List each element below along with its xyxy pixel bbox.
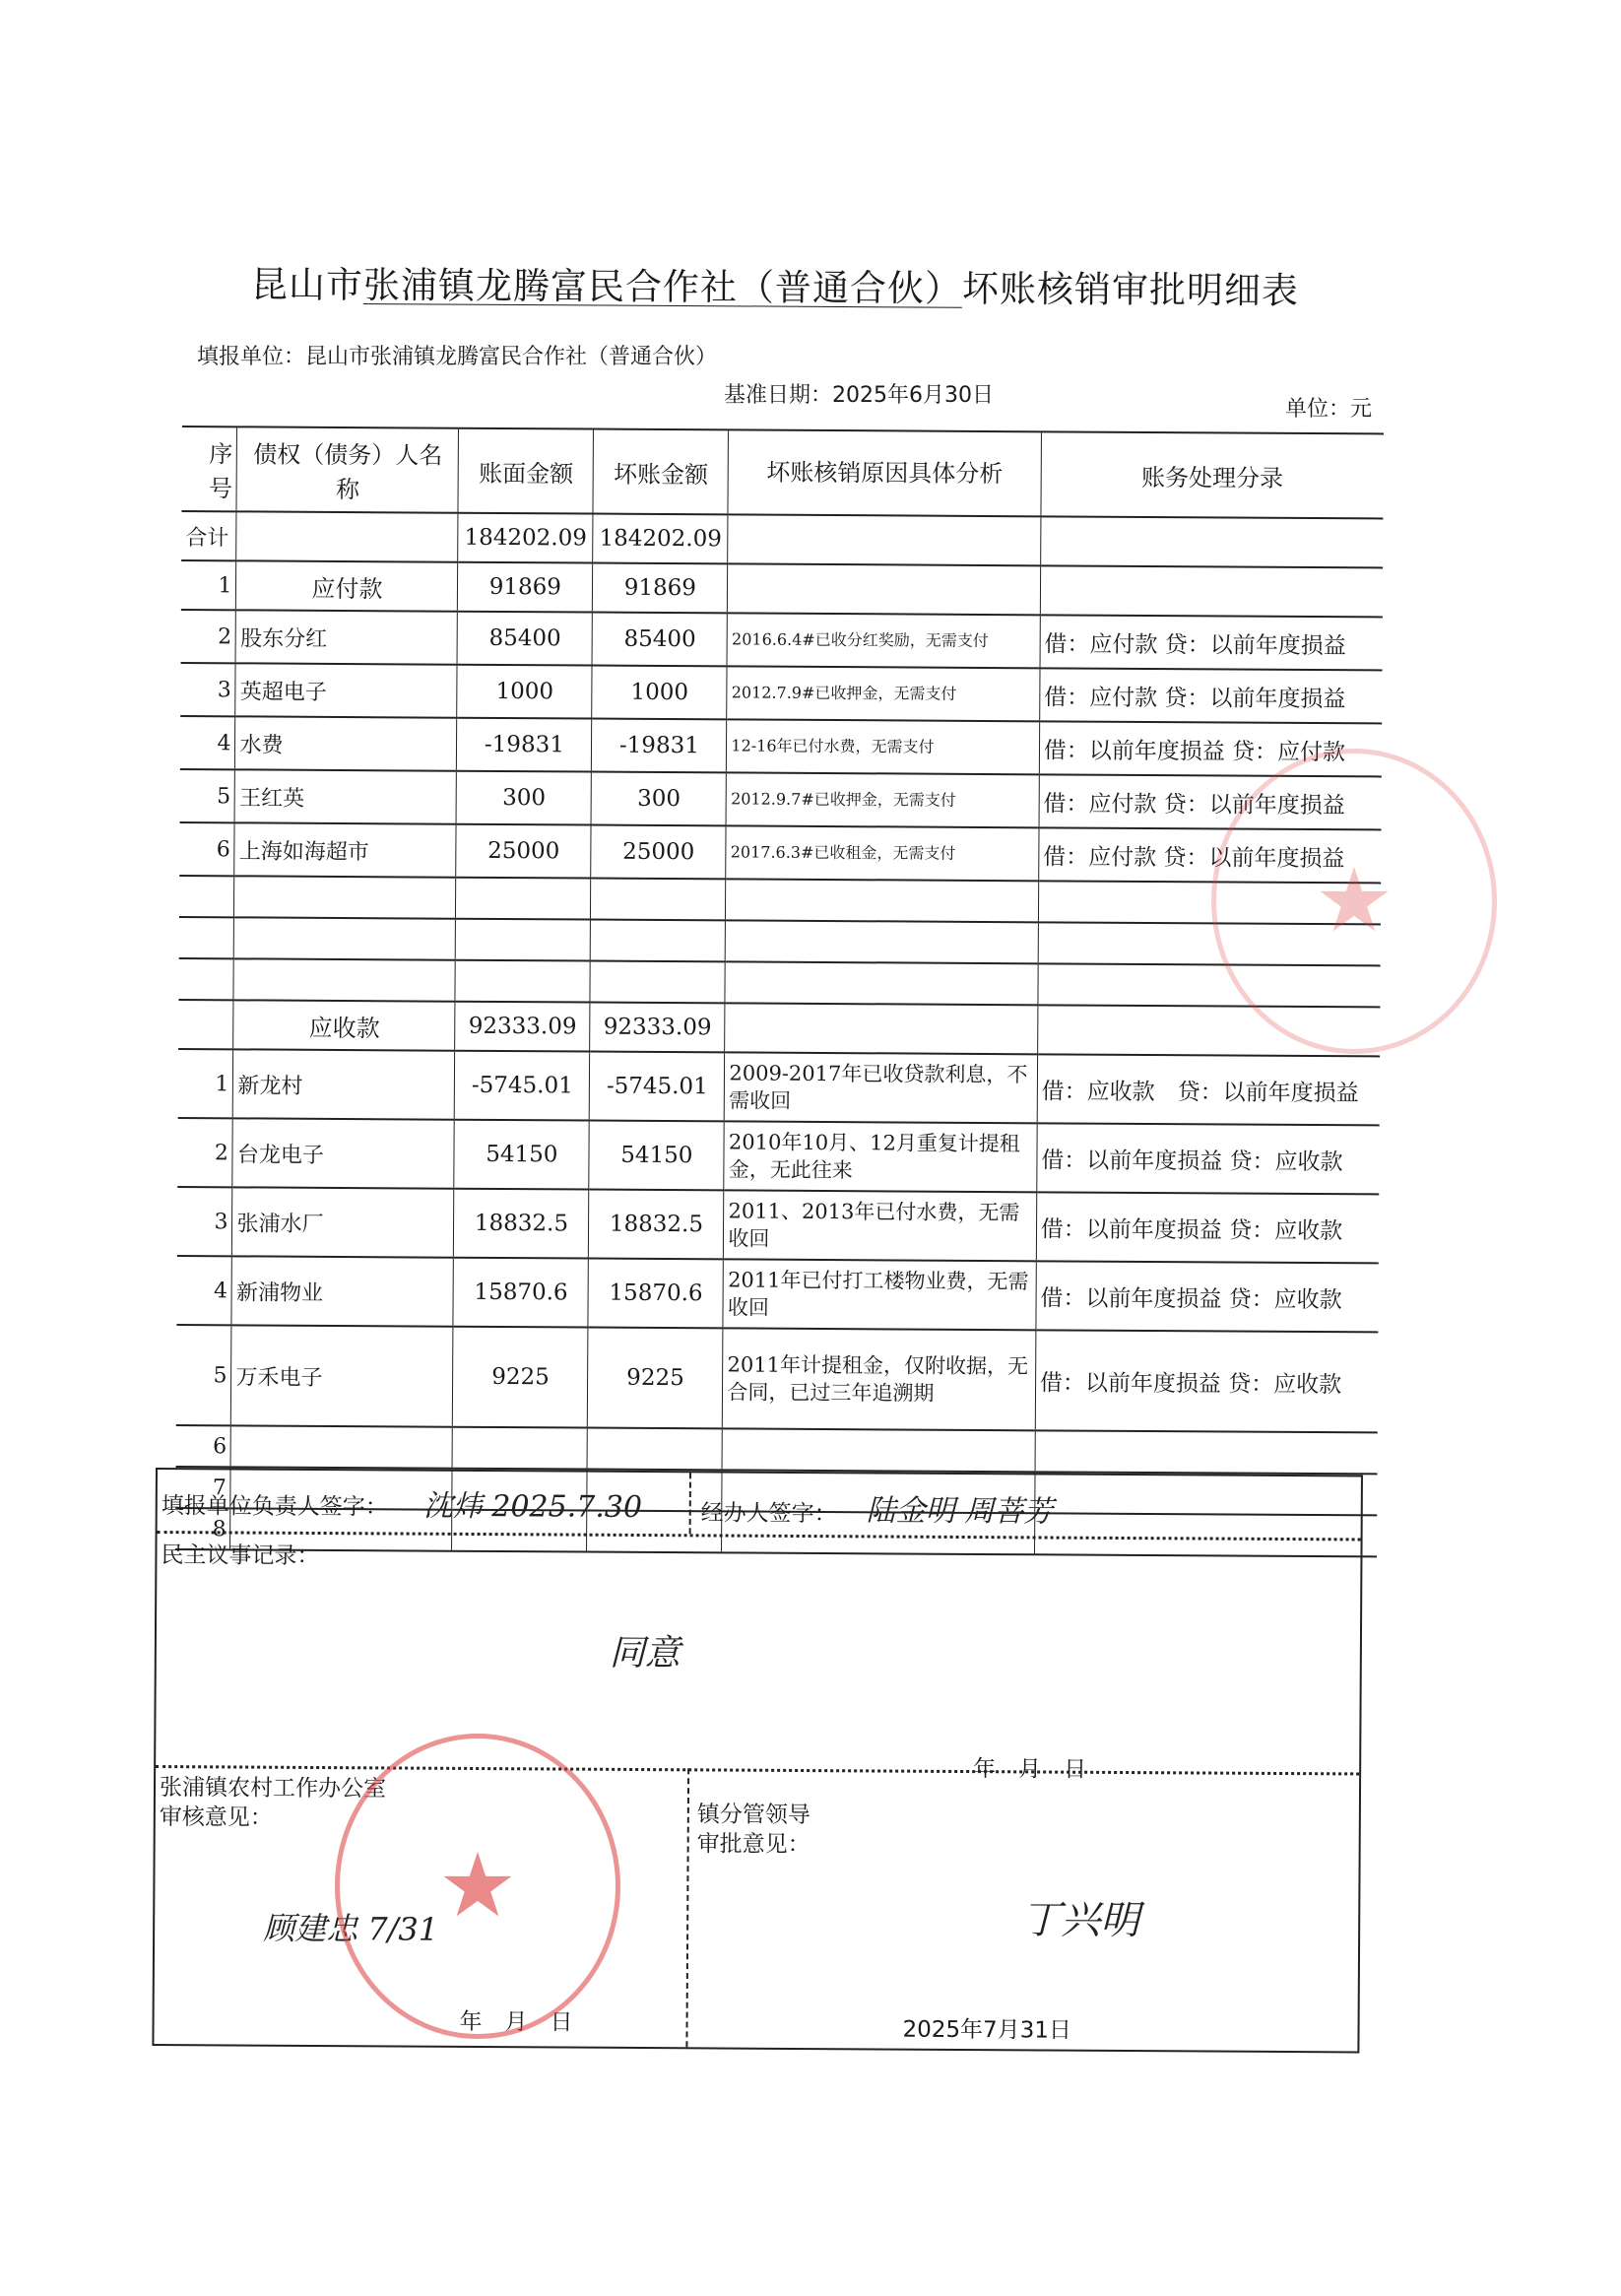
cell-name: 英超电子: [235, 663, 457, 717]
payables-reason: [728, 563, 1041, 615]
cell-book: 15870.6: [453, 1258, 588, 1328]
cell-bad: 85400: [592, 613, 727, 667]
cell-no: 2: [177, 1118, 232, 1187]
cell-reason: 2012.7.9#已收押金，无需支付: [727, 666, 1040, 721]
cell-no: 4: [176, 1256, 231, 1325]
cell-empty: [178, 1000, 233, 1049]
cell-no: 2: [181, 610, 236, 663]
cell-bad: 1000: [592, 666, 727, 720]
cell-entry: 借：应付款 贷：以前年度损益: [1039, 668, 1382, 723]
leader-label: 镇分管领导: [697, 1796, 810, 1829]
total-book: 184202.09: [458, 513, 593, 563]
payables-entry: [1040, 565, 1383, 617]
total-bad: 184202.09: [593, 514, 728, 564]
cell-book: 54150: [454, 1120, 589, 1190]
cell-book: 1000: [457, 665, 592, 719]
cell-book: 9225: [453, 1327, 589, 1428]
cell-name: 张浦水厂: [232, 1187, 454, 1257]
cell-book: -19831: [457, 718, 592, 772]
receivables-bad: 92333.09: [590, 1003, 725, 1053]
title-org: 张浦镇龙腾富民合作社（普通合伙）: [363, 264, 962, 310]
cell-bad: [587, 1428, 722, 1471]
cell-reason: 2011年计提租金，仅附收据，无合同，已过三年追溯期: [723, 1328, 1036, 1430]
coop-stamp: ★: [1211, 749, 1497, 1054]
cell-reason: 2011年已付打工楼物业费，无需收回: [723, 1259, 1036, 1330]
cell-reason: 12-16年已付水费，无需支付: [727, 719, 1040, 774]
cell-entry: [1035, 1430, 1378, 1474]
base-date: 基准日期：2025年6月30日: [724, 378, 994, 409]
cell-name: 万禾电子: [231, 1325, 454, 1426]
handler-label: 经办人签字：: [701, 1494, 837, 1528]
cell-name: 新浦物业: [231, 1256, 453, 1326]
receivables-label: 应收款: [233, 1000, 455, 1050]
cell-reason: [722, 1428, 1035, 1472]
cell-no: 4: [180, 716, 235, 769]
cell-name: 台龙电子: [232, 1118, 454, 1188]
democracy-date: 年 月 日: [973, 1750, 1086, 1784]
handler-signature: 陆金明 周菩芳: [867, 1485, 1054, 1530]
cell-bad: -5745.01: [590, 1052, 725, 1122]
empty-row: [179, 876, 1381, 924]
cell-entry: 借：应收款 贷：以前年度损益: [1037, 1054, 1380, 1125]
payables-book: 91869: [458, 562, 593, 613]
cell-bad: 18832.5: [589, 1190, 724, 1260]
title-suffix: 坏账核销审批明细表: [962, 268, 1299, 312]
table-row: 3英超电子100010002012.7.9#已收押金，无需支付借：应付款 贷：以…: [180, 663, 1382, 723]
table-row: 6: [176, 1425, 1378, 1474]
table-row: 1新龙村-5745.01-5745.012009-2017年已收贷款利息，不需收…: [178, 1049, 1380, 1125]
table-row: 6上海如海超市25000250002017.6.3#已收租金，无需支付借：应付款…: [179, 822, 1381, 883]
total-reason: [728, 514, 1041, 565]
cell-bad: 300: [591, 772, 726, 826]
cell-book: 18832.5: [454, 1189, 589, 1259]
header-entry: 账务处理分录: [1041, 431, 1384, 518]
star-icon: ★: [438, 1842, 518, 1931]
cell-name: 新龙村: [233, 1049, 455, 1119]
star-icon: ★: [1315, 857, 1394, 946]
cell-entry: 借：以前年度损益 贷：应收款: [1037, 1123, 1380, 1194]
cell-reason: 2012.9.7#已收押金，无需支付: [726, 772, 1039, 827]
cell-book: 25000: [456, 824, 591, 879]
cell-book: 85400: [457, 612, 592, 666]
total-label: 合计: [181, 511, 236, 560]
office-stamp: ★: [335, 1734, 620, 2039]
signature-section: 填报单位负责人签字： 沈炜 2025.7.30 经办人签字： 陆金明 周菩芳 民…: [152, 1468, 1363, 2053]
cell-no: 1: [178, 1049, 233, 1118]
unit-head-signature: 沈炜 2025.7.30: [423, 1481, 642, 1526]
cell-name: 股东分红: [235, 610, 457, 664]
cell-bad: 54150: [589, 1121, 724, 1191]
header-row: 序号 债权（债务）人名 称 账面金额 坏账金额 坏账核销原因具体分析 账务处理分…: [181, 426, 1384, 518]
leader-signature: 丁兴明: [1021, 1888, 1139, 1945]
office-opinion-label: 审核意见：: [160, 1799, 273, 1832]
table-row: 2台龙电子54150541502010年10月、12月重复计提租金，无此往来借：…: [177, 1118, 1379, 1194]
leader-opinion-label: 审批意见：: [697, 1825, 810, 1859]
cell-no: 6: [176, 1425, 231, 1467]
title-prefix: 昆山市: [251, 263, 363, 306]
divider: [685, 1768, 689, 2047]
receivables-row: 应收款92333.0992333.09: [178, 1000, 1380, 1056]
cell-book: -5745.01: [455, 1051, 590, 1121]
table-row: 2股东分红85400854002016.6.4#已收分红奖励，无需支付借：应付款…: [181, 610, 1383, 670]
cell-entry: 借：以前年度损益 贷：应收款: [1036, 1261, 1379, 1332]
cell-book: [452, 1427, 587, 1470]
cell-bad: 9225: [588, 1328, 724, 1429]
table-row: 4水费-19831-1983112-16年已付水费，无需支付借：以前年度损益 贷…: [180, 716, 1382, 776]
cell-name: [231, 1425, 453, 1468]
cell-name: 水费: [235, 716, 457, 770]
table-row: 5万禾电子922592252011年计提租金，仅附收据，无合同，已过三年追溯期借…: [176, 1325, 1379, 1432]
table-row: 5王红英3003002012.9.7#已收押金，无需支付借：应付款 贷：以前年度…: [180, 769, 1382, 829]
democracy-label: 民主议事记录：: [161, 1537, 319, 1570]
header-book: 账面金额: [458, 428, 594, 514]
payables-row: 1 应付款 91869 91869: [181, 560, 1383, 617]
cell-bad: -19831: [592, 719, 727, 773]
total-name: [236, 511, 458, 561]
cell-bad: 25000: [591, 825, 726, 880]
divider: [689, 1473, 691, 1534]
table-row: 3张浦水厂18832.518832.52011、2013年已付水费，无需收回借：…: [177, 1187, 1379, 1263]
leader-date: 2025年7月31日: [902, 2011, 1071, 2045]
header-name: 债权（债务）人名 称: [236, 426, 458, 512]
divider: [158, 1531, 1361, 1541]
cell-no: 5: [176, 1325, 232, 1425]
cell-entry: 借：以前年度损益 贷：应收款: [1035, 1330, 1378, 1432]
bad-debt-table: 序号 债权（债务）人名 称 账面金额 坏账金额 坏账核销原因具体分析 账务处理分…: [175, 426, 1384, 1557]
cell-reason: 2011、2013年已付水费，无需收回: [724, 1190, 1037, 1261]
cell-name: 上海如海超市: [234, 822, 456, 877]
unit-head-label: 填报单位负责人签字：: [162, 1487, 388, 1521]
democracy-signature: 同意: [610, 1625, 681, 1675]
cell-reason: 2016.6.4#已收分红奖励，无需支付: [727, 613, 1040, 668]
cell-name: 王红英: [235, 769, 457, 823]
cell-entry: 借：以前年度损益 贷：应收款: [1036, 1192, 1379, 1263]
cell-no: 3: [180, 663, 235, 716]
total-entry: [1040, 516, 1383, 567]
cell-entry: 借：应付款 贷：以前年度损益: [1040, 615, 1383, 670]
cell-book: 300: [456, 771, 591, 825]
currency-unit: 单位：元: [1285, 392, 1372, 423]
cell-bad: 15870.6: [588, 1259, 723, 1329]
cell-reason: 2009-2017年已收贷款利息，不需收回: [725, 1052, 1038, 1123]
cell-no: 3: [177, 1187, 232, 1256]
payables-bad: 91869: [593, 563, 728, 614]
empty-row: [179, 917, 1381, 965]
cell-reason: 2010年10月、12月重复计提租金，无此往来: [724, 1121, 1037, 1192]
header-bad: 坏账金额: [593, 429, 729, 515]
empty-row: [178, 958, 1380, 1007]
payables-no: 1: [181, 560, 236, 610]
total-row: 合计 184202.09 184202.09: [181, 511, 1383, 567]
receivables-book: 92333.09: [455, 1002, 590, 1052]
reporting-unit: 填报单位：昆山市张浦镇龙腾富民合作社（普通合伙）: [197, 343, 709, 372]
cell-reason: 2017.6.3#已收租金，无需支付: [726, 825, 1039, 881]
table-row: 4新浦物业15870.615870.62011年已付打工楼物业费，无需收回借：以…: [176, 1256, 1378, 1332]
cell-empty: [725, 1003, 1038, 1054]
payables-label: 应付款: [236, 560, 458, 611]
cell-no: 5: [180, 769, 235, 822]
page-title: 昆山市张浦镇龙腾富民合作社（普通合伙）坏账核销审批明细表: [251, 254, 1433, 314]
header-no: 序号: [181, 426, 236, 511]
cell-no: 6: [179, 822, 234, 876]
header-reason: 坏账核销原因具体分析: [728, 429, 1041, 516]
